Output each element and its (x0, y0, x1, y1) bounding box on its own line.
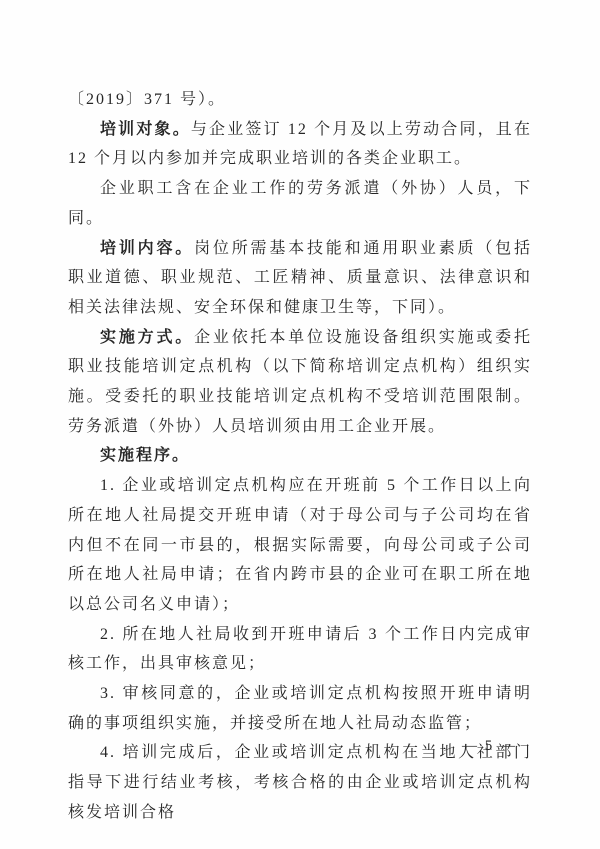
text-segment: 4. 培训完成后，企业或培训定点机构在当地人社部门指导下进行结业考核，考核合格的… (68, 744, 532, 820)
document-body: 〔2019〕371 号）。培训对象。与企业签订 12 个月及以上劳动合同，且在 … (68, 85, 532, 828)
section-heading: 实施程序。 (100, 447, 190, 464)
paragraph: 2. 所在地人社局收到开班申请后 3 个工作日内完成审核工作，出具审核意见； (68, 620, 532, 679)
scanned-document-page: 〔2019〕371 号）。培训对象。与企业签订 12 个月及以上劳动合同，且在 … (0, 0, 600, 849)
paragraph: 3. 审核同意的，企业或培训定点机构按照开班申请明确的事项组织实施，并接受所在地… (68, 679, 532, 738)
paragraph: 1. 企业或培训定点机构应在开班前 5 个工作日以上向所在地人社局提交开班申请（… (68, 471, 532, 620)
page-number: — 5 — (462, 738, 517, 755)
paragraph: 实施方式。企业依托本单位设施设备组织实施或委托职业技能培训定点机构（以下简称培训… (68, 323, 532, 442)
section-heading: 实施方式。 (100, 329, 194, 346)
section-heading: 培训内容。 (100, 240, 194, 257)
section-heading: 培训对象。 (100, 121, 191, 138)
paragraph: 培训内容。岗位所需基本技能和通用职业素质（包括职业道德、职业规范、工匠精神、质量… (68, 234, 532, 323)
text-segment: 2. 所在地人社局收到开班申请后 3 个工作日内完成审核工作，出具审核意见； (68, 626, 532, 673)
text-segment: 企业职工含在企业工作的劳务派遣（外协）人员，下同。 (68, 180, 532, 227)
paragraph: 实施程序。 (68, 441, 532, 471)
text-segment: 〔2019〕371 号）。 (68, 91, 226, 108)
paragraph: 企业职工含在企业工作的劳务派遣（外协）人员，下同。 (68, 174, 532, 233)
text-segment: 3. 审核同意的，企业或培训定点机构按照开班申请明确的事项组织实施，并接受所在地… (68, 685, 532, 732)
text-segment: 1. 企业或培训定点机构应在开班前 5 个工作日以上向所在地人社局提交开班申请（… (68, 477, 532, 613)
paragraph: 培训对象。与企业签订 12 个月及以上劳动合同，且在 12 个月以内参加并完成职… (68, 115, 532, 174)
paragraph: 〔2019〕371 号）。 (68, 85, 532, 115)
